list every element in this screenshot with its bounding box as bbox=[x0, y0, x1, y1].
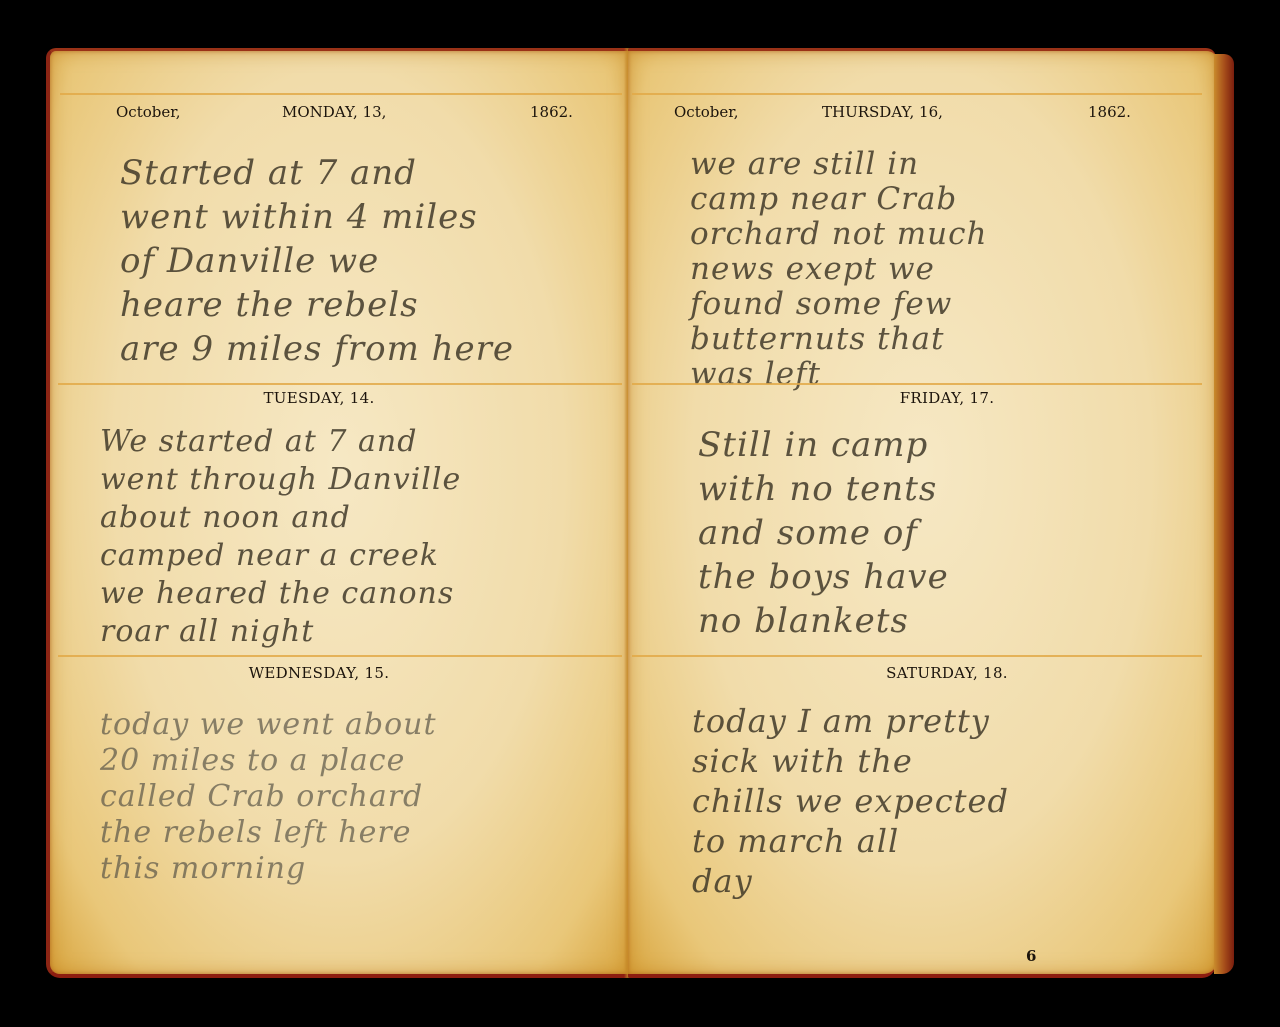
day-title-wednesday: WEDNESDAY, 15. bbox=[10, 664, 628, 682]
entry-saturday-18: today I am pretty sick with the chills w… bbox=[692, 701, 1202, 901]
header-rule bbox=[60, 93, 622, 95]
header-rule bbox=[632, 93, 1202, 95]
header-month: October, bbox=[674, 103, 739, 121]
entry-tuesday-14: We started at 7 and went through Danvill… bbox=[100, 423, 620, 651]
day-divider bbox=[632, 655, 1202, 657]
header-month: October, bbox=[116, 103, 181, 121]
header-year: 1862. bbox=[530, 103, 573, 121]
header-year: 1862. bbox=[1088, 103, 1131, 121]
left-page-header: October, MONDAY, 13, 1862. bbox=[50, 103, 628, 127]
entry-wednesday-15: today we went about 20 miles to a place … bbox=[100, 707, 620, 887]
entry-thursday-16: we are still in camp near Crab orchard n… bbox=[690, 147, 1200, 392]
day-title-saturday: SATURDAY, 18. bbox=[678, 664, 1216, 682]
day-divider bbox=[632, 383, 1202, 385]
page-number: 6 bbox=[1026, 947, 1036, 965]
day-title-friday: FRIDAY, 17. bbox=[678, 389, 1216, 407]
right-page: October, THURSDAY, 16, 1862. we are stil… bbox=[628, 48, 1216, 978]
day-divider bbox=[58, 655, 622, 657]
open-diary: October, MONDAY, 13, 1862. Started at 7 … bbox=[46, 48, 1234, 978]
day-title-tuesday: TUESDAY, 14. bbox=[10, 389, 628, 407]
header-day: MONDAY, 13, bbox=[282, 103, 386, 121]
entry-monday-13: Started at 7 and went within 4 miles of … bbox=[120, 151, 620, 371]
day-divider bbox=[58, 383, 622, 385]
right-page-header: October, THURSDAY, 16, 1862. bbox=[628, 103, 1216, 127]
page-block-edge bbox=[1214, 54, 1234, 974]
left-page: October, MONDAY, 13, 1862. Started at 7 … bbox=[46, 48, 628, 978]
header-day: THURSDAY, 16, bbox=[822, 103, 943, 121]
entry-friday-17: Still in camp with no tents and some of … bbox=[698, 423, 1178, 643]
